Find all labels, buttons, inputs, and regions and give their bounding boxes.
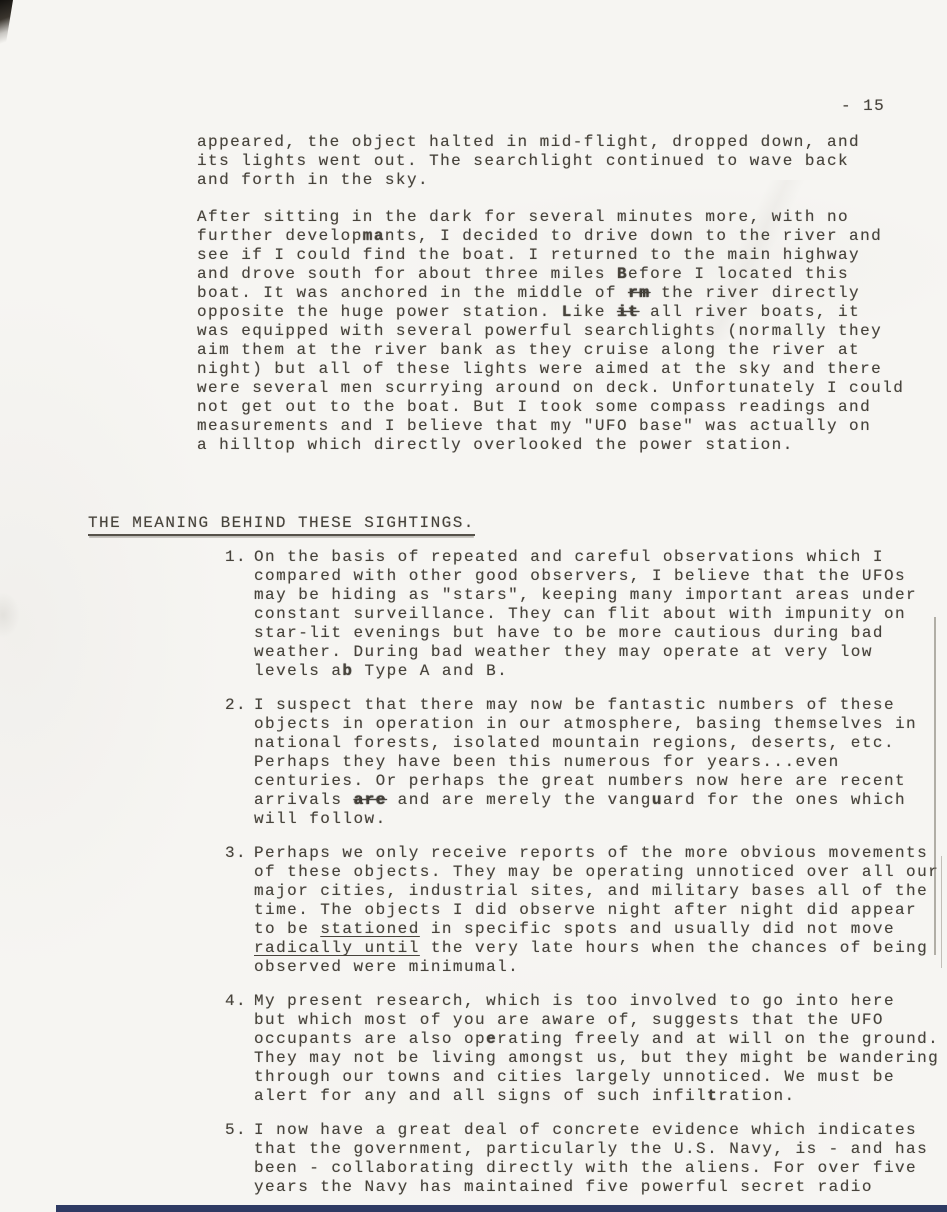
- intro-paragraphs: appeared, the object halted in mid-fligh…: [0, 133, 947, 455]
- text-line: but which most of you are aware of, sugg…: [254, 1011, 947, 1030]
- text-line: aim them at the river bank as they cruis…: [197, 341, 947, 360]
- text-segment: levels a: [254, 662, 342, 680]
- text-line: constant surveillance. They can flit abo…: [254, 605, 947, 624]
- text-line: They may not be living amongst us, but t…: [254, 1049, 947, 1068]
- page-number: - 15: [841, 97, 885, 116]
- text-line: measurements and I believe that my "UFO …: [197, 417, 947, 436]
- text-segment: Type A and B.: [353, 662, 508, 680]
- text-segment: I suspect that there may now be fantasti…: [254, 696, 895, 714]
- text-segment: but which most of you are aware of, sugg…: [254, 1011, 884, 1029]
- scanned-page: - 15 appeared, the object halted in mid-…: [0, 0, 947, 1212]
- text-segment: rating freely and at will on the ground.: [497, 1030, 939, 1048]
- text-segment: were several men scurrying around on dec…: [197, 379, 904, 397]
- text-segment: Perhaps we only receive reports of the m…: [254, 844, 928, 862]
- text-segment: its lights went out. The searchlight con…: [197, 152, 849, 170]
- text-segment: may be hiding as "stars", keeping many i…: [254, 586, 917, 604]
- text-segment: been - collaborating directly with the a…: [254, 1159, 917, 1177]
- text-segment: opposite the huge power station.: [197, 303, 562, 321]
- text-segment: aim them at the river bank as they cruis…: [197, 341, 860, 359]
- text-line: a hilltop which directly overlooked the …: [197, 436, 947, 455]
- page-content: appeared, the object halted in mid-fligh…: [0, 133, 947, 1212]
- text-line: arrivals are and are merely the vanguard…: [254, 791, 947, 810]
- paragraph: appeared, the object halted in mid-fligh…: [197, 133, 947, 190]
- text-segment: ike: [573, 303, 617, 321]
- text-segment: ard for the ones which: [663, 791, 906, 809]
- text-segment: and forth in the sky.: [197, 171, 429, 189]
- text-line: compared with other good observers, I be…: [254, 567, 947, 586]
- text-line: years the Navy has maintained five power…: [254, 1178, 947, 1197]
- list-item-number: 4.: [225, 992, 254, 1106]
- text-line: were several men scurrying around on dec…: [197, 379, 947, 398]
- text-line: national forests, isolated mountain regi…: [254, 734, 947, 753]
- text-segment: further develop: [197, 227, 363, 245]
- list-item-number: 1.: [225, 548, 254, 681]
- numbered-list: 1.On the basis of repeated and careful o…: [0, 548, 947, 1197]
- text-line: After sitting in the dark for several mi…: [197, 208, 947, 227]
- margin-pen-line-short: [941, 856, 942, 968]
- text-line: been - collaborating directly with the a…: [254, 1159, 947, 1178]
- text-segment: and are merely the vang: [387, 791, 652, 809]
- list-item: 4.My present research, which is too invo…: [225, 992, 947, 1106]
- text-line: centuries. Or perhaps the great numbers …: [254, 772, 947, 791]
- text-line: time. The objects I did observe night af…: [254, 901, 947, 920]
- text-segment: alert for any and all signs of such infi…: [254, 1087, 707, 1105]
- text-segment: through our towns and cities largely unn…: [254, 1068, 895, 1086]
- text-segment: star-lit evenings but have to be more ca…: [254, 624, 884, 642]
- overstrike-segment: t: [707, 1087, 718, 1105]
- overstrike-segment: stationed: [320, 920, 419, 938]
- text-segment: I now have a great deal of concrete evid…: [254, 1121, 917, 1139]
- text-line: major cities, industrial sites, and mili…: [254, 882, 947, 901]
- list-item-text: I suspect that there may now be fantasti…: [254, 696, 947, 829]
- text-line: appeared, the object halted in mid-fligh…: [197, 133, 947, 152]
- text-segment: major cities, industrial sites, and mili…: [254, 882, 928, 900]
- section-heading-row: THE MEANING BEHIND THESE SIGHTINGS.: [0, 473, 947, 548]
- text-segment: the very late hours when the chances of …: [420, 939, 928, 957]
- text-line: not get out to the boat. But I took some…: [197, 398, 947, 417]
- scan-corner-mark: [0, 0, 13, 52]
- text-line: will follow.: [254, 810, 947, 829]
- text-line: and drove south for about three miles Be…: [197, 265, 947, 284]
- overstrike-segment: it: [617, 303, 639, 321]
- text-segment: ration.: [718, 1087, 795, 1105]
- text-segment: After sitting in the dark for several mi…: [197, 208, 849, 226]
- text-segment: time. The objects I did observe night af…: [254, 901, 917, 919]
- list-item-text: Perhaps we only receive reports of the m…: [254, 844, 947, 977]
- overstrike-segment: B: [617, 265, 628, 283]
- text-line: Perhaps they have been this numerous for…: [254, 753, 947, 772]
- list-item-number: 5.: [225, 1121, 254, 1197]
- text-line: levels ab Type A and B.: [254, 662, 947, 681]
- text-segment: all river boats, it: [639, 303, 860, 321]
- text-segment: national forests, isolated mountain regi…: [254, 734, 895, 752]
- text-segment: weather. During bad weather they may ope…: [254, 643, 873, 661]
- text-segment: a hilltop which directly overlooked the …: [197, 436, 794, 454]
- list-item: 3.Perhaps we only receive reports of the…: [225, 844, 947, 977]
- text-line: of these objects. They may be operating …: [254, 863, 947, 882]
- text-line: objects in operation in our atmosphere, …: [254, 715, 947, 734]
- text-line: observed were minimumal.: [254, 958, 947, 977]
- overstrike-segment: ma: [363, 227, 385, 245]
- text-segment: nts, I decided to drive down to the rive…: [385, 227, 882, 245]
- paragraph: After sitting in the dark for several mi…: [197, 208, 947, 455]
- text-line: alert for any and all signs of such infi…: [254, 1087, 947, 1106]
- text-line: may be hiding as "stars", keeping many i…: [254, 586, 947, 605]
- text-segment: compared with other good observers, I be…: [254, 567, 906, 585]
- overstrike-segment: u: [652, 791, 663, 809]
- text-line: boat. It was anchored in the middle of r…: [197, 284, 947, 303]
- margin-pen-line: [934, 617, 936, 955]
- text-segment: that the government, particularly the U.…: [254, 1140, 928, 1158]
- text-line: occupants are also operating freely and …: [254, 1030, 947, 1049]
- text-segment: of these objects. They may be operating …: [254, 863, 939, 881]
- text-segment: constant surveillance. They can flit abo…: [254, 605, 906, 623]
- text-line: I now have a great deal of concrete evid…: [254, 1121, 947, 1140]
- text-segment: They may not be living amongst us, but t…: [254, 1049, 939, 1067]
- text-line: was equipped with several powerful searc…: [197, 322, 947, 341]
- text-segment: see if I could find the boat. I returned…: [197, 246, 860, 264]
- list-item-number: 2.: [225, 696, 254, 829]
- text-line: radically until the very late hours when…: [254, 939, 947, 958]
- text-segment: not get out to the boat. But I took some…: [197, 398, 871, 416]
- text-segment: years the Navy has maintained five power…: [254, 1178, 873, 1196]
- text-segment: will follow.: [254, 810, 387, 828]
- list-item-text: I now have a great deal of concrete evid…: [254, 1121, 947, 1197]
- text-line: further developmants, I decided to drive…: [197, 227, 947, 246]
- text-segment: arrivals: [254, 791, 353, 809]
- text-segment: boat. It was anchored in the middle of: [197, 284, 628, 302]
- text-segment: On the basis of repeated and careful obs…: [254, 548, 884, 566]
- overstrike-segment: L: [562, 303, 573, 321]
- text-segment: objects in operation in our atmosphere, …: [254, 715, 917, 733]
- text-segment: observed were minimumal.: [254, 958, 519, 976]
- text-line: On the basis of repeated and careful obs…: [254, 548, 947, 567]
- text-segment: occupants are also op: [254, 1030, 486, 1048]
- text-line: weather. During bad weather they may ope…: [254, 643, 947, 662]
- overstrike-segment: are: [353, 791, 386, 809]
- list-item-text: On the basis of repeated and careful obs…: [254, 548, 947, 681]
- text-line: Perhaps we only receive reports of the m…: [254, 844, 947, 863]
- text-segment: in specific spots and usually did not mo…: [420, 920, 895, 938]
- overstrike-segment: e: [486, 1030, 497, 1048]
- overstrike-segment: rm: [628, 284, 650, 302]
- text-line: through our towns and cities largely unn…: [254, 1068, 947, 1087]
- text-line: to be stationed in specific spots and us…: [254, 920, 947, 939]
- text-segment: was equipped with several powerful searc…: [197, 322, 882, 340]
- overstrike-segment: radically until: [254, 939, 420, 957]
- text-segment: efore I located this: [628, 265, 849, 283]
- list-item-number: 3.: [225, 844, 254, 977]
- text-segment: Perhaps they have been this numerous for…: [254, 753, 840, 771]
- text-line: My present research, which is too involv…: [254, 992, 947, 1011]
- list-item: 5.I now have a great deal of concrete ev…: [225, 1121, 947, 1197]
- text-segment: appeared, the object halted in mid-fligh…: [197, 133, 860, 151]
- text-line: its lights went out. The searchlight con…: [197, 152, 947, 171]
- text-segment: My present research, which is too involv…: [254, 992, 895, 1010]
- list-item-text: My present research, which is too involv…: [254, 992, 947, 1106]
- text-line: I suspect that there may now be fantasti…: [254, 696, 947, 715]
- text-line: night) but all of these lights were aime…: [197, 360, 947, 379]
- section-heading: THE MEANING BEHIND THESE SIGHTINGS.: [88, 514, 475, 536]
- text-segment: to be: [254, 920, 320, 938]
- scan-edge-bar: [56, 1205, 947, 1212]
- text-segment: centuries. Or perhaps the great numbers …: [254, 772, 906, 790]
- text-line: see if I could find the boat. I returned…: [197, 246, 947, 265]
- text-segment: measurements and I believe that my "UFO …: [197, 417, 871, 435]
- list-item: 1.On the basis of repeated and careful o…: [225, 548, 947, 681]
- text-line: star-lit evenings but have to be more ca…: [254, 624, 947, 643]
- overstrike-segment: b: [342, 662, 353, 680]
- text-line: that the government, particularly the U.…: [254, 1140, 947, 1159]
- text-segment: and drove south for about three miles: [197, 265, 617, 283]
- text-segment: the river directly: [650, 284, 860, 302]
- text-line: opposite the huge power station. Like it…: [197, 303, 947, 322]
- text-segment: night) but all of these lights were aime…: [197, 360, 882, 378]
- text-line: and forth in the sky.: [197, 171, 947, 190]
- list-item: 2.I suspect that there may now be fantas…: [225, 696, 947, 829]
